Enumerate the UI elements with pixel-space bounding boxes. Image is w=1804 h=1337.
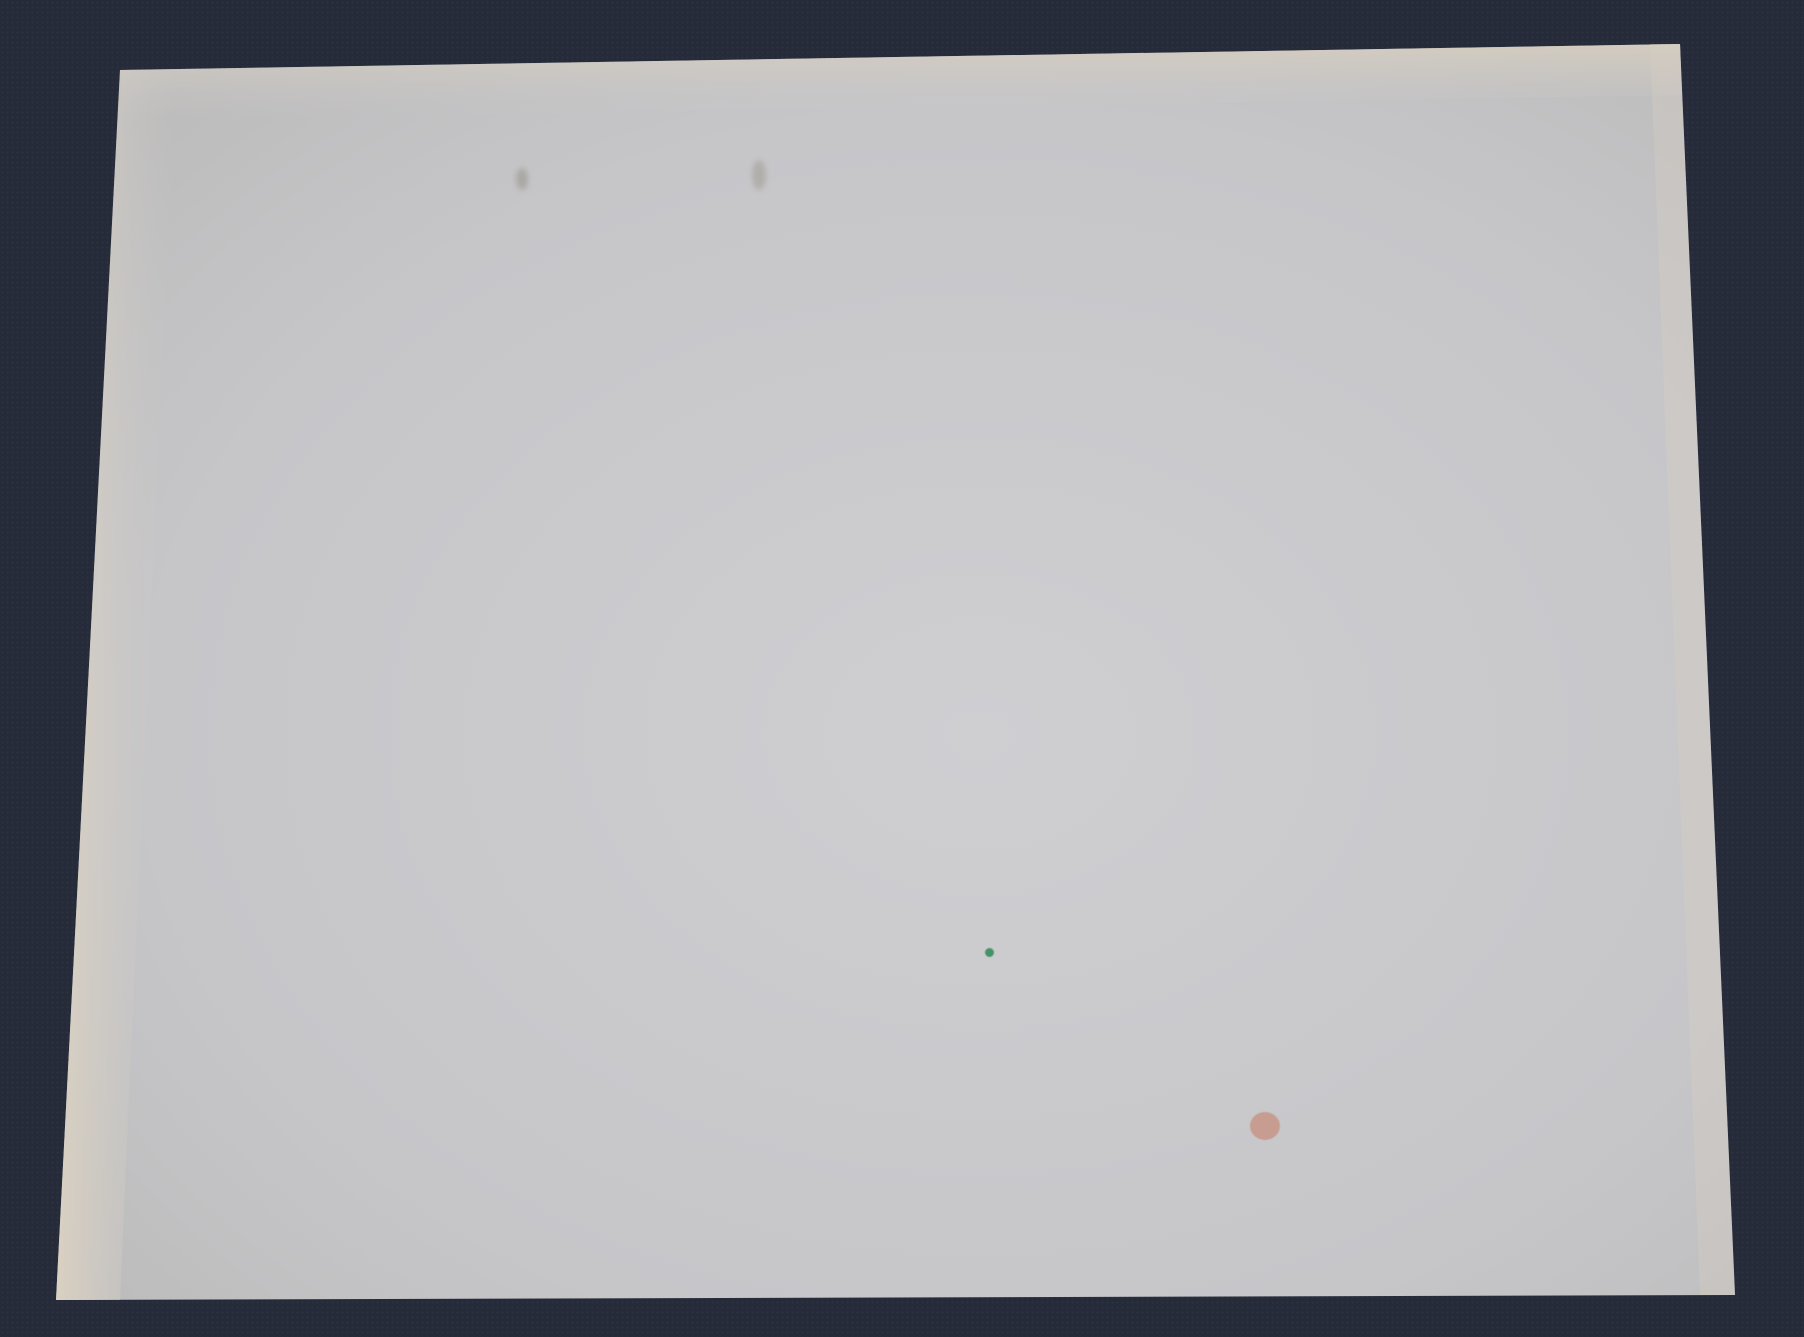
paper-sheet xyxy=(0,0,1804,1337)
reddish-stain xyxy=(1250,1112,1280,1140)
smudge-top-center xyxy=(752,160,766,190)
paper-body xyxy=(56,44,1735,1300)
smudge-top-left xyxy=(516,168,528,190)
green-dot xyxy=(985,948,994,957)
